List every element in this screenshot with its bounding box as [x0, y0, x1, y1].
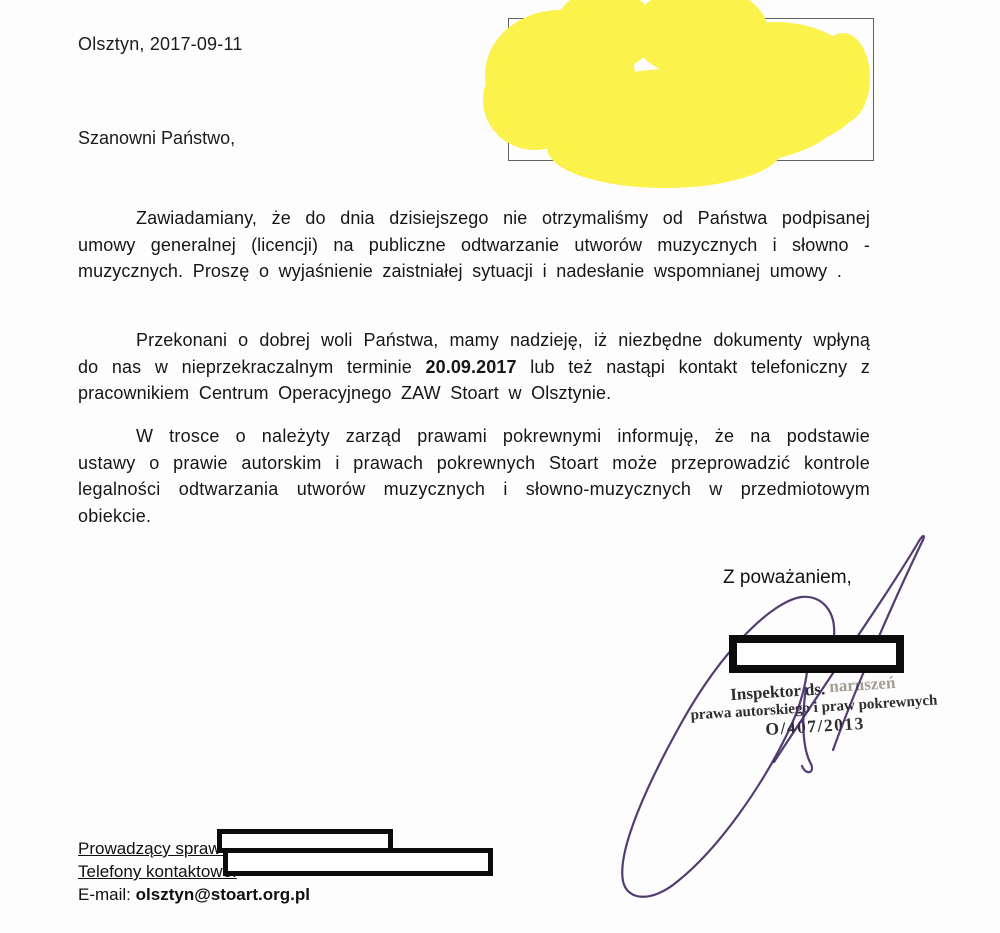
signature-hook-stroke — [802, 688, 812, 772]
body-paragraph-deadline: Przekonani o dobrej woli Państwa, mamy n… — [78, 327, 870, 407]
phones-label: Telefony kontaktowe: — [78, 862, 237, 881]
scanned-letter-page: Olsztyn, 2017-09-11 Szanowni Państwo, Za… — [0, 0, 1000, 933]
body-paragraph-notification: Zawiadamiany, że do dnia dzisiejszego ni… — [78, 205, 870, 285]
body-paragraph-inspection: W trosce o należyty zarząd prawami pokre… — [78, 423, 870, 529]
salutation: Szanowni Państwo, — [78, 128, 235, 149]
email-line: E-mail: olsztyn@stoart.org.pl — [78, 885, 310, 905]
case-handler-line: Prowadzący sprawę: — [78, 839, 235, 859]
highlighter-redaction-blob — [455, 0, 885, 200]
phones-redaction-box — [223, 848, 493, 876]
email-address: olsztyn@stoart.org.pl — [136, 885, 310, 904]
date-line: Olsztyn, 2017-09-11 — [78, 34, 243, 55]
phones-line: Telefony kontaktowe: — [78, 862, 237, 882]
signature-ink — [580, 520, 950, 920]
signer-name-redaction-box — [729, 635, 904, 673]
deadline-date: 20.09.2017 — [426, 357, 517, 377]
email-label: E-mail: — [78, 885, 131, 904]
case-handler-label: Prowadzący sprawę: — [78, 839, 235, 858]
